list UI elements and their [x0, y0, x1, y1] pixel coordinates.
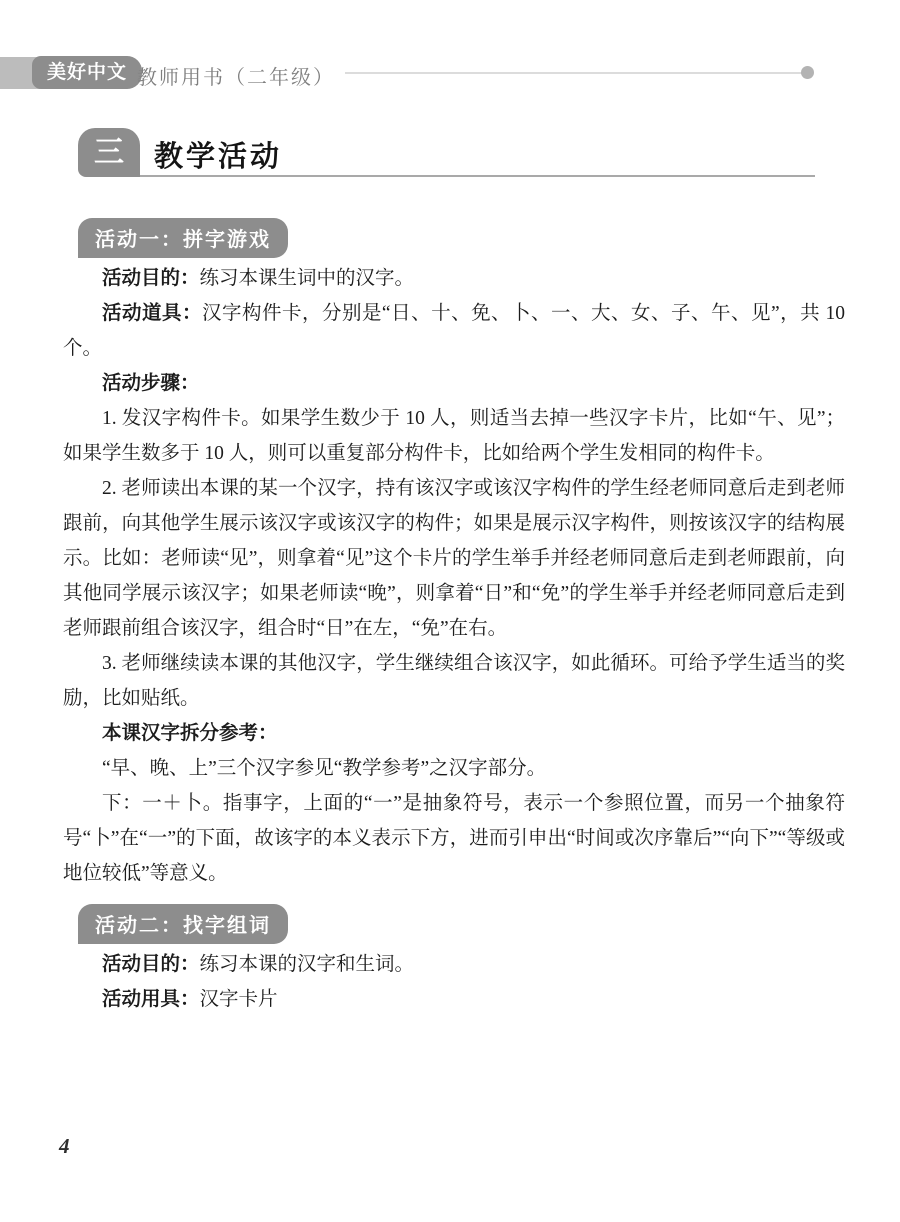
- paragraph-label: 活动步骤：: [102, 373, 200, 394]
- activity1-badge-label: 活动一：拼字游戏: [95, 229, 271, 251]
- activity2-badge: 活动二：找字组词: [78, 904, 288, 944]
- section-number: 三: [94, 136, 124, 169]
- header-rule: [345, 72, 805, 74]
- paragraph: 活动目的：练习本课的汉字和生词。: [63, 947, 845, 982]
- brand-badge: 美好中文: [32, 56, 142, 89]
- paragraph-text: 下：一＋卜。指事字，上面的“一”是抽象符号，表示一个参照位置，而另一个抽象符号“…: [63, 793, 845, 884]
- paragraph-text: 3. 老师继续读本课的其他汉字，学生继续组合该汉字，如此循环。可给予学生适当的奖…: [63, 653, 845, 709]
- paragraph-label: 活动用具：: [102, 989, 200, 1010]
- paragraph: 2. 老师读出本课的某一个汉字，持有该汉字或该汉字构件的学生经老师同意后走到老师…: [63, 471, 845, 646]
- page-number: 4: [59, 1134, 70, 1159]
- book-page: 美好中文 教师用书（二年级） 三 教学活动 活动一：拼字游戏 活动目的：练习本课…: [0, 0, 900, 1222]
- activity2-badge-label: 活动二：找字组词: [95, 915, 271, 937]
- brand-badge-label: 美好中文: [47, 62, 127, 83]
- section-title: 教学活动: [154, 134, 282, 175]
- paragraph-label: 活动目的：: [102, 268, 200, 289]
- paragraph: 活动道具：汉字构件卡，分别是“日、十、免、卜、一、大、女、子、午、见”，共 10…: [63, 296, 845, 366]
- paragraph: 3. 老师继续读本课的其他汉字，学生继续组合该汉字，如此循环。可给予学生适当的奖…: [63, 646, 845, 716]
- paragraph-text: 汉字卡片: [200, 989, 278, 1010]
- activity2-section: 活动二：找字组词 活动目的：练习本课的汉字和生词。 活动用具：汉字卡片: [63, 904, 845, 1017]
- paragraph: “早、晚、上”三个汉字参见“教学参考”之汉字部分。: [63, 751, 845, 786]
- activity1-badge: 活动一：拼字游戏: [78, 218, 288, 258]
- paragraph: 1. 发汉字构件卡。如果学生数少于 10 人，则适当去掉一些汉字卡片，比如“午、…: [63, 401, 845, 471]
- paragraph: 活动用具：汉字卡片: [63, 982, 845, 1017]
- paragraph: 下：一＋卜。指事字，上面的“一”是抽象符号，表示一个参照位置，而另一个抽象符号“…: [63, 786, 845, 891]
- paragraph-label: 本课汉字拆分参考：: [102, 723, 278, 744]
- paragraph: 本课汉字拆分参考：: [63, 716, 845, 751]
- paragraph: 活动目的：练习本课生词中的汉字。: [63, 261, 845, 296]
- paragraph-label: 活动目的：: [102, 954, 200, 975]
- paragraph-text: 2. 老师读出本课的某一个汉字，持有该汉字或该汉字构件的学生经老师同意后走到老师…: [63, 478, 845, 639]
- paragraph-text: 练习本课生词中的汉字。: [200, 268, 415, 289]
- activity1-paragraphs: 活动目的：练习本课生词中的汉字。 活动道具：汉字构件卡，分别是“日、十、免、卜、…: [63, 261, 845, 891]
- paragraph-text: 练习本课的汉字和生词。: [200, 954, 415, 975]
- header-rule-end-dot: [801, 66, 814, 79]
- section-rule: [140, 175, 815, 177]
- section-number-box: 三: [78, 128, 140, 177]
- paragraph-text: 1. 发汉字构件卡。如果学生数少于 10 人，则适当去掉一些汉字卡片，比如“午、…: [63, 408, 845, 464]
- page-content: 活动一：拼字游戏 活动目的：练习本课生词中的汉字。 活动道具：汉字构件卡，分别是…: [63, 218, 845, 1017]
- activity2-paragraphs: 活动目的：练习本课的汉字和生词。 活动用具：汉字卡片: [63, 947, 845, 1017]
- paragraph-label: 活动道具：: [102, 303, 202, 324]
- header-subtitle: 教师用书（二年级）: [137, 61, 335, 90]
- paragraph: 活动步骤：: [63, 366, 845, 401]
- paragraph-text: “早、晚、上”三个汉字参见“教学参考”之汉字部分。: [102, 758, 546, 779]
